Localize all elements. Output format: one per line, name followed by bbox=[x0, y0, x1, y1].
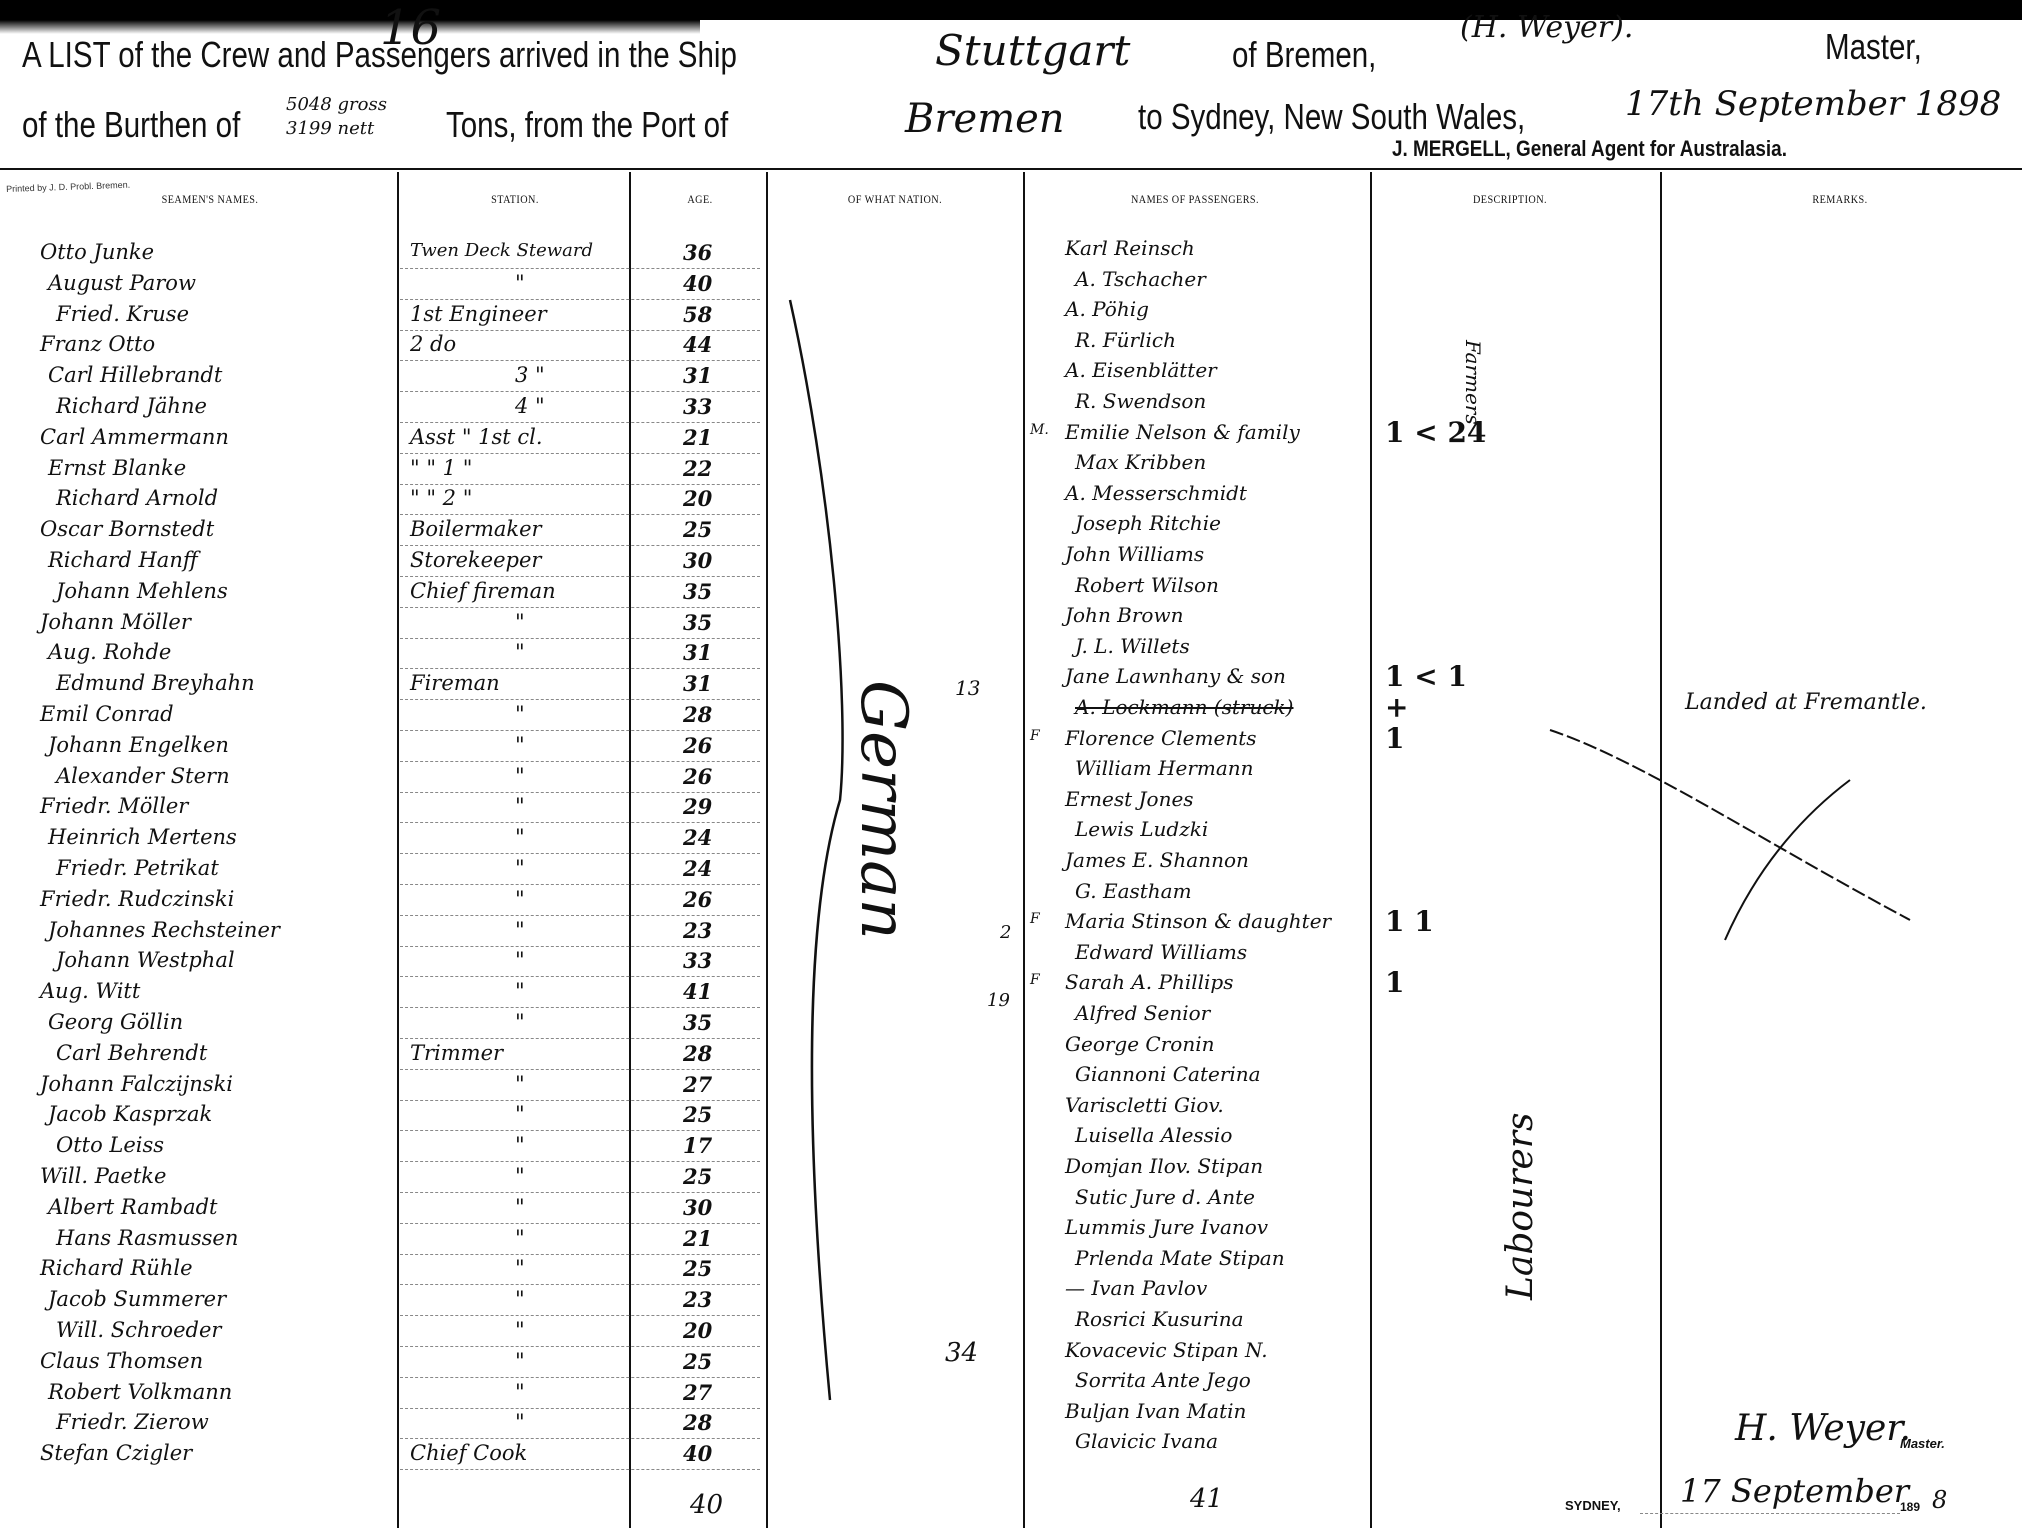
passenger-name: R. Fürlich bbox=[1075, 328, 1176, 352]
header-remarks: REMARKS. bbox=[1721, 192, 1959, 207]
crew-name: Heinrich Mertens bbox=[48, 825, 237, 849]
row-rule bbox=[400, 1377, 760, 1378]
row-rule bbox=[400, 545, 760, 546]
crew-name: Richard Arnold bbox=[56, 486, 218, 510]
passenger-name: Ernest Jones bbox=[1065, 787, 1194, 811]
header-age: AGE. bbox=[666, 192, 734, 207]
row-rule bbox=[400, 638, 760, 639]
passenger-name: A. Messerschmidt bbox=[1065, 481, 1247, 505]
passenger-name: Karl Reinsch bbox=[1065, 236, 1195, 260]
passenger-name: John Williams bbox=[1065, 542, 1204, 566]
row-rule bbox=[400, 1223, 760, 1224]
row-rule bbox=[400, 391, 760, 392]
crew-station: " bbox=[515, 794, 525, 818]
crew-age: 40 bbox=[683, 1441, 712, 1466]
passenger-name: Emilie Nelson & family bbox=[1065, 420, 1300, 444]
ship-port: of Bremen, bbox=[1232, 34, 1376, 76]
crew-age: 21 bbox=[683, 1226, 712, 1251]
passenger-name: Joseph Ritchie bbox=[1075, 511, 1221, 535]
crew-name: Johann Mehlens bbox=[56, 579, 228, 603]
row-rule bbox=[400, 976, 760, 977]
crew-name: Johannes Rechsteiner bbox=[48, 918, 280, 942]
divider-nation-passengers bbox=[1023, 172, 1025, 1528]
passenger-name: Max Kribben bbox=[1075, 450, 1206, 474]
crew-name: Oscar Bornstedt bbox=[40, 517, 214, 541]
row-rule bbox=[400, 1038, 760, 1039]
row-rule bbox=[400, 514, 760, 515]
header-nation: OF WHAT NATION. bbox=[806, 192, 985, 207]
crew-age: 25 bbox=[683, 1256, 712, 1281]
passenger-name: Sorrita Ante Jego bbox=[1075, 1368, 1251, 1392]
crew-station: Boilermaker bbox=[410, 517, 542, 541]
row-rule bbox=[400, 299, 760, 300]
passenger-name: Sarah A. Phillips bbox=[1065, 970, 1234, 994]
crew-name: Otto Leiss bbox=[56, 1133, 164, 1157]
crew-name: Albert Rambadt bbox=[48, 1195, 217, 1219]
passenger-description: 1 1 bbox=[1385, 905, 1434, 938]
crew-station: " bbox=[515, 640, 525, 664]
passenger-margin-mark: F bbox=[1030, 972, 1040, 988]
row-rule bbox=[400, 330, 760, 331]
description-vertical-lower: Labourers bbox=[1500, 1113, 1541, 1300]
crew-age: 25 bbox=[683, 1164, 712, 1189]
crew-age: 23 bbox=[683, 1287, 712, 1312]
passenger-name: — Ivan Pavlov bbox=[1065, 1276, 1207, 1300]
passenger-name: Florence Clements bbox=[1065, 726, 1257, 750]
crew-station: " bbox=[515, 918, 525, 942]
crew-name: Johann Engelken bbox=[48, 733, 229, 757]
passenger-name: Lewis Ludzki bbox=[1075, 817, 1208, 841]
divider-age-nation bbox=[766, 172, 768, 1528]
crew-station: " bbox=[515, 856, 525, 880]
row-rule bbox=[400, 422, 760, 423]
passenger-name: Maria Stinson & daughter bbox=[1065, 909, 1331, 933]
crew-station: 4 " bbox=[515, 394, 545, 418]
header-seamen-names: SEAMEN'S NAMES. bbox=[108, 192, 312, 207]
crew-age: 33 bbox=[683, 948, 712, 973]
crew-age: 31 bbox=[683, 671, 712, 696]
crew-station: Trimmer bbox=[410, 1041, 503, 1065]
row-rule bbox=[400, 884, 760, 885]
crew-station: " bbox=[515, 764, 525, 788]
passenger-name: Lummis Jure Ivanov bbox=[1065, 1215, 1268, 1239]
crew-total: 40 bbox=[690, 1490, 723, 1520]
passenger-name: A. Tschacher bbox=[1075, 267, 1206, 291]
master-signature: H. Weyer. bbox=[1735, 1408, 1911, 1449]
crew-name: Robert Volkmann bbox=[48, 1380, 232, 1404]
passenger-name: A. Lockmann (struck) bbox=[1075, 695, 1293, 719]
crew-station: " bbox=[515, 702, 525, 726]
crew-age: 27 bbox=[683, 1072, 712, 1097]
crew-name: Johann Möller bbox=[40, 610, 191, 634]
crew-age: 20 bbox=[683, 486, 712, 511]
crew-name: Claus Thomsen bbox=[40, 1349, 203, 1373]
crew-station: " bbox=[515, 1318, 525, 1342]
footer-year-prefix: 189 bbox=[1900, 1500, 1920, 1514]
divider-station-age bbox=[629, 172, 631, 1528]
crew-age: 17 bbox=[683, 1133, 712, 1158]
crew-age: 24 bbox=[683, 856, 712, 881]
row-rule bbox=[400, 730, 760, 731]
crew-station: " " 2 " bbox=[410, 486, 472, 510]
burthen-gross: 5048 gross bbox=[286, 94, 387, 115]
crew-name: Carl Hillebrandt bbox=[48, 363, 222, 387]
passenger-name: Prlenda Mate Stipan bbox=[1075, 1246, 1285, 1270]
passenger-name: Variscletti Giov. bbox=[1065, 1093, 1224, 1117]
passenger-name: R. Swendson bbox=[1075, 389, 1206, 413]
crew-station: " bbox=[515, 1256, 525, 1280]
row-rule bbox=[400, 268, 760, 269]
crew-age: 58 bbox=[683, 302, 712, 327]
header-station: STATION. bbox=[443, 192, 588, 207]
crew-age: 27 bbox=[683, 1380, 712, 1405]
nation-margin-19: 19 bbox=[987, 990, 1010, 1011]
passenger-name: Buljan Ivan Matin bbox=[1065, 1399, 1246, 1423]
arrival-date: 17th September 1898 bbox=[1625, 84, 2001, 124]
row-rule bbox=[400, 1254, 760, 1255]
row-rule bbox=[400, 607, 760, 608]
passenger-name: J. L. Willets bbox=[1075, 634, 1190, 658]
burthen-label: of the Burthen of bbox=[22, 104, 240, 146]
agent-line: J. MERGELL, General Agent for Australasi… bbox=[1392, 136, 1787, 162]
nation-margin-2: 2 bbox=[1000, 922, 1011, 943]
row-rule bbox=[400, 1469, 760, 1470]
footer-date: 17 September bbox=[1680, 1472, 1909, 1510]
crew-age: 29 bbox=[683, 794, 712, 819]
crew-name: Friedr. Zierow bbox=[56, 1410, 209, 1434]
passenger-name: Robert Wilson bbox=[1075, 573, 1219, 597]
ship-name: Stuttgart bbox=[935, 26, 1130, 75]
crew-name: Richard Jähne bbox=[56, 394, 207, 418]
passenger-margin-mark: F bbox=[1030, 728, 1040, 744]
row-rule bbox=[400, 453, 760, 454]
row-rule bbox=[400, 946, 760, 947]
crew-name: Ernst Blanke bbox=[48, 456, 186, 480]
passenger-margin-mark: M. bbox=[1030, 422, 1049, 438]
footer-master-label: Master. bbox=[1900, 1436, 1945, 1451]
crew-age: 21 bbox=[683, 425, 712, 450]
nation-vertical-text: German bbox=[846, 680, 920, 940]
row-rule bbox=[400, 1408, 760, 1409]
crew-station: " bbox=[515, 1410, 525, 1434]
crew-name: Otto Junke bbox=[40, 240, 154, 264]
crew-station: " bbox=[515, 271, 525, 295]
crew-age: 28 bbox=[683, 1041, 712, 1066]
crew-name: Friedr. Petrikat bbox=[56, 856, 219, 880]
burthen-nett: 3199 nett bbox=[286, 118, 374, 139]
crew-station: " bbox=[515, 1164, 525, 1188]
row-rule bbox=[400, 915, 760, 916]
crew-name: Richard Rühle bbox=[40, 1256, 193, 1280]
crew-age: 28 bbox=[683, 702, 712, 727]
crew-age: 44 bbox=[683, 332, 712, 357]
passenger-name: Glavicic Ivana bbox=[1075, 1429, 1218, 1453]
description-vertical-upper: Farmers bbox=[1461, 340, 1485, 425]
row-rule bbox=[400, 1069, 760, 1070]
passenger-name: Rosrici Kusurina bbox=[1075, 1307, 1244, 1331]
crew-station: Fireman bbox=[410, 671, 500, 695]
crew-name: Will. Schroeder bbox=[56, 1318, 221, 1342]
footer-sydney-label: SYDNEY, bbox=[1565, 1498, 1621, 1513]
crew-station: 3 " bbox=[515, 363, 545, 387]
from-port: Bremen bbox=[905, 96, 1065, 142]
passenger-name: James E. Shannon bbox=[1065, 848, 1249, 872]
crew-age: 40 bbox=[683, 271, 712, 296]
destination: to Sydney, New South Wales, bbox=[1138, 96, 1525, 138]
row-rule bbox=[400, 853, 760, 854]
crew-station: Twen Deck Steward bbox=[410, 240, 593, 261]
row-rule bbox=[400, 1130, 760, 1131]
crew-age: 26 bbox=[683, 733, 712, 758]
crew-age: 26 bbox=[683, 764, 712, 789]
crew-name: Carl Behrendt bbox=[56, 1041, 207, 1065]
crew-name: Richard Hanff bbox=[48, 548, 198, 572]
crew-station: Chief fireman bbox=[410, 579, 556, 603]
footer-year-suffix: 8 bbox=[1932, 1486, 1947, 1514]
crew-name: Jacob Summerer bbox=[48, 1287, 226, 1311]
crew-age: 26 bbox=[683, 887, 712, 912]
header-description: DESCRIPTION. bbox=[1417, 192, 1604, 207]
crew-station: " bbox=[515, 1287, 525, 1311]
crew-station: 2 do bbox=[410, 332, 456, 356]
crew-age: 20 bbox=[683, 1318, 712, 1343]
scan-shadow bbox=[0, 20, 700, 34]
row-rule bbox=[400, 822, 760, 823]
crew-name: Aug. Rohde bbox=[48, 640, 171, 664]
crew-age: 30 bbox=[683, 1195, 712, 1220]
row-rule bbox=[400, 1007, 760, 1008]
crew-age: 25 bbox=[683, 517, 712, 542]
row-rule bbox=[400, 576, 760, 577]
crew-name: Friedr. Rudczinski bbox=[40, 887, 234, 911]
row-rule bbox=[400, 668, 760, 669]
row-rule bbox=[400, 1284, 760, 1285]
crew-age: 35 bbox=[683, 610, 712, 635]
nation-margin-34: 34 bbox=[945, 1338, 978, 1368]
crew-age: 22 bbox=[683, 456, 712, 481]
crew-age: 23 bbox=[683, 918, 712, 943]
passenger-margin-mark: F bbox=[1030, 911, 1040, 927]
crew-age: 35 bbox=[683, 1010, 712, 1035]
crew-station: " bbox=[515, 887, 525, 911]
tons-from-port-label: Tons, from the Port of bbox=[446, 104, 728, 146]
crew-station: " bbox=[515, 979, 525, 1003]
passenger-name: John Brown bbox=[1065, 603, 1183, 627]
crew-age: 31 bbox=[683, 640, 712, 665]
passenger-name: Kovacevic Stipan N. bbox=[1065, 1338, 1268, 1362]
divider-seamen-station bbox=[397, 172, 399, 1528]
passenger-name: Sutic Jure d. Ante bbox=[1075, 1185, 1255, 1209]
crew-station: " bbox=[515, 1133, 525, 1157]
crew-name: Friedr. Möller bbox=[40, 794, 188, 818]
title-line-1: A LIST of the Crew and Passengers arrive… bbox=[22, 34, 737, 76]
master-name: (H. Weyer). bbox=[1460, 10, 1633, 45]
row-rule bbox=[400, 484, 760, 485]
footer-date-line bbox=[1640, 1513, 1900, 1514]
remarks-cross-mark-icon bbox=[1540, 720, 1940, 960]
passenger-description: 1 < 1 bbox=[1385, 660, 1467, 693]
row-rule bbox=[400, 360, 760, 361]
crew-name: August Parow bbox=[48, 271, 196, 295]
crew-station: " bbox=[515, 1226, 525, 1250]
crew-station: Asst " 1st cl. bbox=[410, 425, 543, 449]
passenger-description: 1 bbox=[1385, 722, 1404, 755]
passengers-total: 41 bbox=[1190, 1484, 1223, 1514]
crew-age: 33 bbox=[683, 394, 712, 419]
passenger-name: Giannoni Caterina bbox=[1075, 1062, 1261, 1086]
row-rule bbox=[400, 699, 760, 700]
crew-name: Jacob Kasprzak bbox=[48, 1102, 212, 1126]
passenger-name: G. Eastham bbox=[1075, 879, 1192, 903]
crew-name: Carl Ammermann bbox=[40, 425, 229, 449]
row-rule bbox=[400, 1346, 760, 1347]
crew-name: Edmund Breyhahn bbox=[56, 671, 255, 695]
crew-station: " bbox=[515, 1195, 525, 1219]
crew-age: 24 bbox=[683, 825, 712, 850]
crew-age: 30 bbox=[683, 548, 712, 573]
crew-station: " bbox=[515, 1102, 525, 1126]
crew-name: Emil Conrad bbox=[40, 702, 174, 726]
passenger-description: 1 bbox=[1385, 966, 1404, 999]
passenger-name: Luisella Alessio bbox=[1075, 1123, 1232, 1147]
crew-name: Franz Otto bbox=[40, 332, 155, 356]
crew-name: Johann Westphal bbox=[56, 948, 235, 972]
crew-name: Stefan Czigler bbox=[40, 1441, 192, 1465]
crew-station: Chief Cook bbox=[410, 1441, 527, 1465]
crew-age: 25 bbox=[683, 1102, 712, 1127]
crew-station: " bbox=[515, 825, 525, 849]
crew-name: Aug. Witt bbox=[40, 979, 140, 1003]
passenger-name: William Hermann bbox=[1075, 756, 1254, 780]
row-rule bbox=[400, 792, 760, 793]
crew-station: Storekeeper bbox=[410, 548, 541, 572]
header-rule bbox=[0, 168, 2022, 170]
crew-age: 28 bbox=[683, 1410, 712, 1435]
header-passengers: NAMES OF PASSENGERS. bbox=[1080, 192, 1310, 207]
crew-age: 36 bbox=[683, 240, 712, 265]
passenger-name: Jane Lawnhany & son bbox=[1065, 664, 1286, 688]
crew-station: " bbox=[515, 1380, 525, 1404]
crew-name: Fried. Kruse bbox=[56, 302, 189, 326]
crew-station: " bbox=[515, 610, 525, 634]
passenger-name: George Cronin bbox=[1065, 1032, 1214, 1056]
passenger-name: A. Eisenblätter bbox=[1065, 358, 1217, 382]
row-rule bbox=[400, 1315, 760, 1316]
crew-name: Hans Rasmussen bbox=[56, 1226, 238, 1250]
divider-passengers-description bbox=[1370, 172, 1372, 1528]
master-label: Master, bbox=[1825, 26, 1922, 68]
crew-station: 1st Engineer bbox=[410, 302, 547, 326]
crew-station: " bbox=[515, 1072, 525, 1096]
passenger-name: Edward Williams bbox=[1075, 940, 1247, 964]
crew-age: 25 bbox=[683, 1349, 712, 1374]
crew-name: Will. Paetke bbox=[40, 1164, 166, 1188]
crew-age: 35 bbox=[683, 579, 712, 604]
crew-station: " bbox=[515, 948, 525, 972]
passenger-name: Domjan Ilov. Stipan bbox=[1065, 1154, 1263, 1178]
crew-age: 31 bbox=[683, 363, 712, 388]
crew-station: " bbox=[515, 1010, 525, 1034]
crew-station: " bbox=[515, 1349, 525, 1373]
crew-name: Alexander Stern bbox=[56, 764, 230, 788]
crew-name: Johann Falczijnski bbox=[40, 1072, 233, 1096]
passenger-description: + bbox=[1385, 691, 1408, 724]
crew-age: 41 bbox=[683, 979, 712, 1004]
crew-station: " bbox=[515, 733, 525, 757]
row-rule bbox=[400, 1161, 760, 1162]
crew-station: " " 1 " bbox=[410, 456, 472, 480]
row-rule bbox=[400, 761, 760, 762]
nation-margin-13: 13 bbox=[955, 676, 980, 700]
remarks-note: Landed at Fremantle. bbox=[1685, 690, 1927, 715]
row-rule bbox=[400, 1438, 760, 1439]
scan-top-border bbox=[0, 0, 2022, 20]
passenger-name: Alfred Senior bbox=[1075, 1001, 1210, 1025]
row-rule bbox=[400, 1100, 760, 1101]
crew-name: Georg Göllin bbox=[48, 1010, 183, 1034]
row-rule bbox=[400, 1192, 760, 1193]
passenger-name: A. Pöhig bbox=[1065, 297, 1149, 321]
